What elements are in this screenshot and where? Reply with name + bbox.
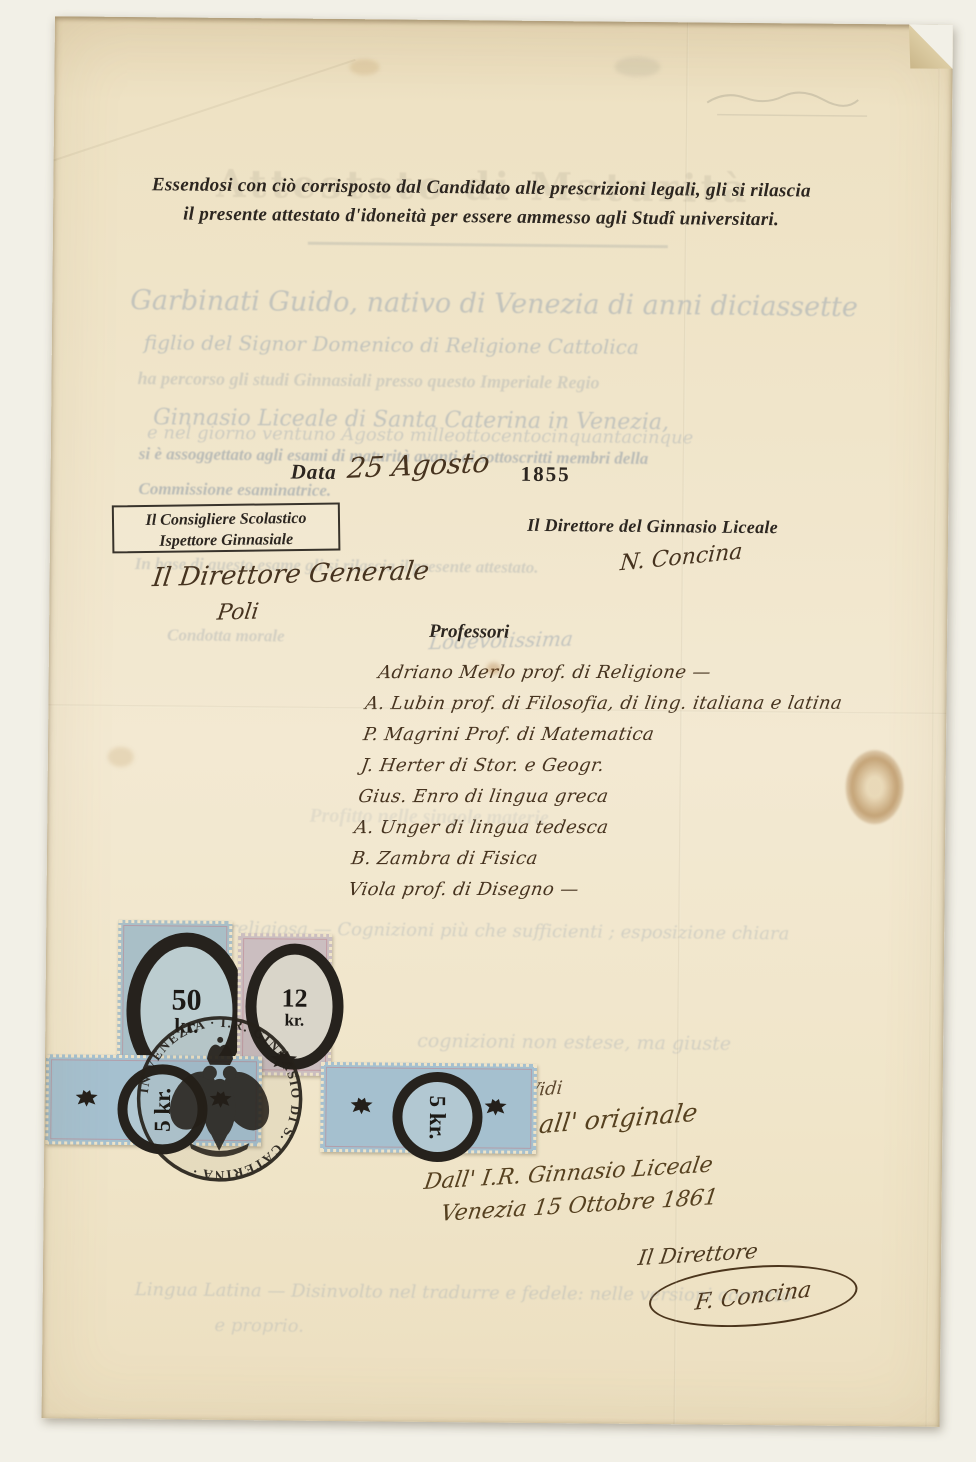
- stamp-value: 12: [281, 985, 307, 1011]
- inspector-stamp-line2: Ispettore Ginnasiale: [114, 528, 338, 552]
- general-director-title: Il Direttore Generale: [151, 556, 431, 593]
- bleedthrough-candidate-line: ha percorso gli studi Ginnasiali presso …: [137, 368, 599, 393]
- general-director-signature: Poli: [216, 599, 261, 625]
- bleedthrough-candidate-name: Garbinati Guido, nativo di Venezia di an…: [130, 285, 858, 323]
- professor-row: P. Magrini Prof. di Matematica: [360, 724, 930, 755]
- stamp-circle: 5 kr.: [392, 1072, 483, 1163]
- stamp-value: 5 kr.: [426, 1095, 449, 1139]
- date-label: Data: [291, 460, 337, 485]
- issued-note-line2: il presente attestato d'idoneità per ess…: [123, 199, 839, 235]
- bleedthrough-profitto-heading: Profitto nelle singole materie: [309, 805, 549, 830]
- certification-signer-title: Il Direttore: [636, 1239, 759, 1270]
- issued-note: Essendosi con ciò corrisposto dal Candid…: [123, 170, 840, 235]
- bleedthrough-latino-line2: e proprio.: [214, 1315, 304, 1337]
- small-stain: [349, 59, 379, 75]
- scan-background: Attestato di Maturità Essendosi con ciò …: [0, 0, 976, 1462]
- bleedthrough-rule: [308, 242, 668, 248]
- small-stain: [614, 57, 660, 77]
- document-page: Attestato di Maturità Essendosi con ciò …: [42, 16, 953, 1427]
- professor-row: Viola prof. di Disegno —: [345, 879, 930, 911]
- director-title: Il Direttore del Ginnasio Liceale: [527, 515, 778, 538]
- date-handwritten: 25 Agosto: [346, 446, 492, 485]
- stamp-value: 50: [171, 985, 201, 1015]
- revenue-stamp-5kr-right: 5 kr.: [320, 1062, 537, 1154]
- inspector-stamp-box: Il Consigliere Scolastico Ispettore Ginn…: [112, 502, 341, 553]
- small-stain: [108, 747, 134, 767]
- bleedthrough-candidate-line: figlio del Signor Domenico di Religione …: [144, 330, 639, 359]
- professors-list: Adriano Merlo prof. di Religione — A. Lu…: [348, 662, 928, 911]
- fold-crease-diagonal: [42, 59, 356, 168]
- small-stain: [487, 662, 501, 674]
- inspector-stamp-line1: Il Consigliere Scolastico: [114, 507, 338, 531]
- professors-heading: Professori: [389, 621, 549, 645]
- faint-pencil-mark: [702, 80, 872, 122]
- bleedthrough-matematica-line: cognizioni non estese, ma giuste: [417, 1030, 731, 1055]
- date-year: 1855: [521, 462, 571, 487]
- school-seal: IN VENEZIA ∙ I.R. GINNASIO DI S. CATERIN…: [133, 1012, 307, 1186]
- professor-row: B. Zambra di Fisica: [348, 848, 930, 880]
- professor-row: J. Herter di Stor. e Geogr.: [358, 755, 930, 786]
- professor-row: Adriano Merlo prof. di Religione —: [375, 662, 930, 693]
- bleedthrough-condotta-label: Condotta morale: [167, 625, 285, 646]
